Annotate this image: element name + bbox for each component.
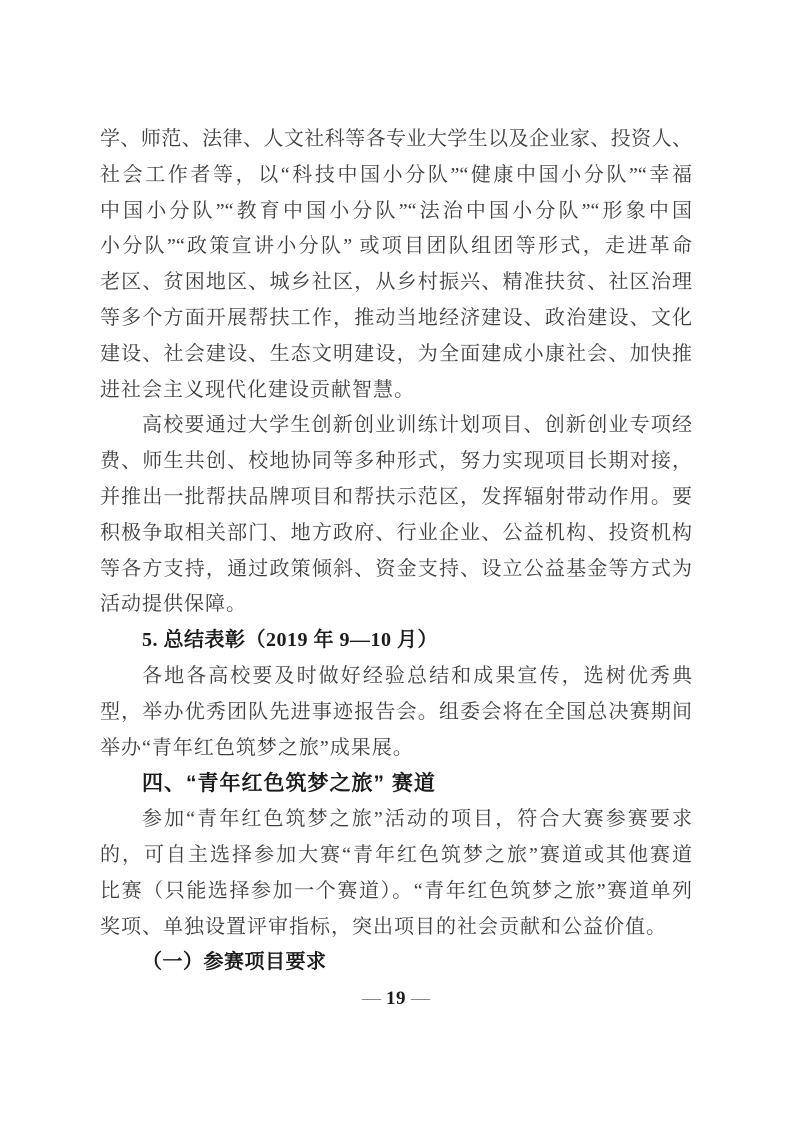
body-text-line: 积极争取相关部门、地方政府、行业企业、公益机构、投资机构 (100, 516, 692, 552)
page-number: 19 (386, 988, 406, 1009)
body-text-line: 学、师范、法律、人文社科等各专业大学生以及企业家、投资人、 (100, 122, 692, 158)
body-text-line: 各地各高校要及时做好经验总结和成果宣传，选树优秀典 (100, 659, 692, 695)
heading-summary-commendation: 5. 总结表彰（2019 年 9—10 月） (100, 623, 692, 659)
body-text-line: 等多个方面开展帮扶工作，推动当地经济建设、政治建设、文化 (100, 301, 692, 337)
body-text-line: 中国小分队”“教育中国小分队”“法治中国小分队”“形象中国 (100, 194, 692, 230)
heading-entry-requirements: （一）参赛项目要求 (100, 945, 692, 981)
body-text-line: 奖项、单独设置评审指标，突出项目的社会贡献和公益价值。 (100, 910, 692, 946)
body-text-line: 高校要通过大学生创新创业训练计划项目、创新创业专项经 (100, 408, 692, 444)
body-text-line: 型，举办优秀团队先进事迹报告会。组委会将在全国总决赛期间 (100, 695, 692, 731)
body-text-line: 小分队”“政策宣讲小分队” 或项目团队组团等形式，走进革命 (100, 229, 692, 265)
page-number-dash-right: — (406, 988, 435, 1009)
body-text-line: 并推出一批帮扶品牌项目和帮扶示范区，发挥辐射带动作用。要 (100, 480, 692, 516)
body-text-line: 举办“青年红色筑梦之旅”成果展。 (100, 731, 692, 767)
body-text-line: 参加“青年红色筑梦之旅”活动的项目，符合大赛参赛要求 (100, 802, 692, 838)
heading-red-dream-track: 四、“青年红色筑梦之旅” 赛道 (100, 766, 692, 802)
body-text-line: 活动提供保障。 (100, 587, 692, 623)
body-text-line: 的，可自主选择参加大赛“青年红色筑梦之旅”赛道或其他赛道 (100, 838, 692, 874)
document-page: 学、师范、法律、人文社科等各专业大学生以及企业家、投资人、 社会工作者等，以“科… (0, 0, 794, 1123)
page-footer: —19— (100, 981, 692, 1017)
body-text-line: 建设、社会建设、生态文明建设，为全面建成小康社会、加快推 (100, 337, 692, 373)
body-text-line: 进社会主义现代化建设贡献智慧。 (100, 373, 692, 409)
body-text-line: 费、师生共创、校地协同等多种形式，努力实现项目长期对接， (100, 444, 692, 480)
body-text-line: 社会工作者等，以“科技中国小分队”“健康中国小分队”“幸福 (100, 158, 692, 194)
body-text-line: 老区、贫困地区、城乡社区，从乡村振兴、精准扶贫、社区治理 (100, 265, 692, 301)
page-content: 学、师范、法律、人文社科等各专业大学生以及企业家、投资人、 社会工作者等，以“科… (100, 122, 692, 1017)
body-text-line: 比赛（只能选择参加一个赛道）。“青年红色筑梦之旅”赛道单列 (100, 874, 692, 910)
page-number-dash-left: — (357, 988, 386, 1009)
body-text-line: 等各方支持，通过政策倾斜、资金支持、设立公益基金等方式为 (100, 552, 692, 588)
